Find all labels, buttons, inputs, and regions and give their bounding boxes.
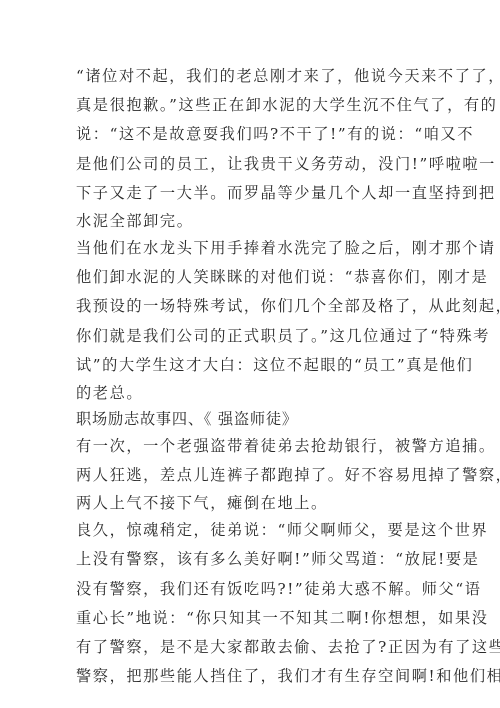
paragraph-line: 你们就是我们公司的正式职员了。”这几位通过了“特殊考 xyxy=(76,322,421,351)
paragraph-line: 上没有警察，该有多么美好啊!”师父骂道：“放屁!要是 xyxy=(76,545,421,574)
paragraph-line: 是他们公司的员工，让我贵干义务劳动，没门!”呼啦啦一 xyxy=(76,150,421,179)
paragraph-line: 我预设的一场特殊考试，你们几个全部及格了，从此刻起， xyxy=(76,292,421,321)
paragraph-line: “诸位对不起，我们的老总刚才来了，他说今天来不了了， xyxy=(76,62,421,91)
paragraph-line: 有了警察，是不是大家都敢去偷、去抢了?正因为有了这些 xyxy=(76,633,421,662)
paragraph-line: 真是很抱歉。”这些正在卸水泥的大学生沉不住气了，有的 xyxy=(76,91,421,120)
document-page: “诸位对不起，我们的老总刚才来了，他说今天来不了了， 真是很抱歉。”这些正在卸水… xyxy=(76,62,421,691)
paragraph-line: 他们卸水泥的人笑眯眯的对他们说：“恭喜你们，刚才是 xyxy=(76,263,421,292)
paragraph-line: 下子又走了一大半。而罗晶等少量几个人却一直坚持到把 xyxy=(76,179,421,208)
paragraph-line: 当他们在水龙头下用手捧着水洗完了脸之后，刚才那个请 xyxy=(76,234,421,263)
paragraph-line: 试”的大学生这才大白：这位不起眼的“员工”真是他们 xyxy=(76,351,421,380)
paragraph-line: 有一次，一个老强盗带着徒弟去抢劫银行，被警方追捕。 xyxy=(76,432,421,461)
paragraph-line: 警察，把那些能人挡住了，我们才有生存空间啊!和他们相 xyxy=(76,662,421,691)
paragraph-line: 两人上气不接下气，瘫倒在地上。 xyxy=(76,490,421,516)
paragraph-line: 良久，惊魂稍定，徒弟说：“师父啊师父，要是这个世界 xyxy=(76,516,421,545)
paragraph-line: 的老总。 xyxy=(76,380,421,406)
paragraph-line: 两人狂逃，差点儿连裤子都跑掉了。好不容易甩掉了警察， xyxy=(76,461,421,490)
paragraph-line: 水泥全部卸完。 xyxy=(76,208,421,234)
paragraph-line: 重心长”地说：“你只知其一不知其二啊!你想想，如果没 xyxy=(76,604,421,633)
paragraph-line: 说：“这不是故意耍我们吗?不干了!”有的说：“咱又不 xyxy=(76,120,421,149)
section-heading: 职场励志故事四、《 强盗师徒》 xyxy=(76,406,421,432)
paragraph-line: 没有警察，我们还有饭吃吗?!”徒弟大惑不解。师父“语 xyxy=(76,575,421,604)
